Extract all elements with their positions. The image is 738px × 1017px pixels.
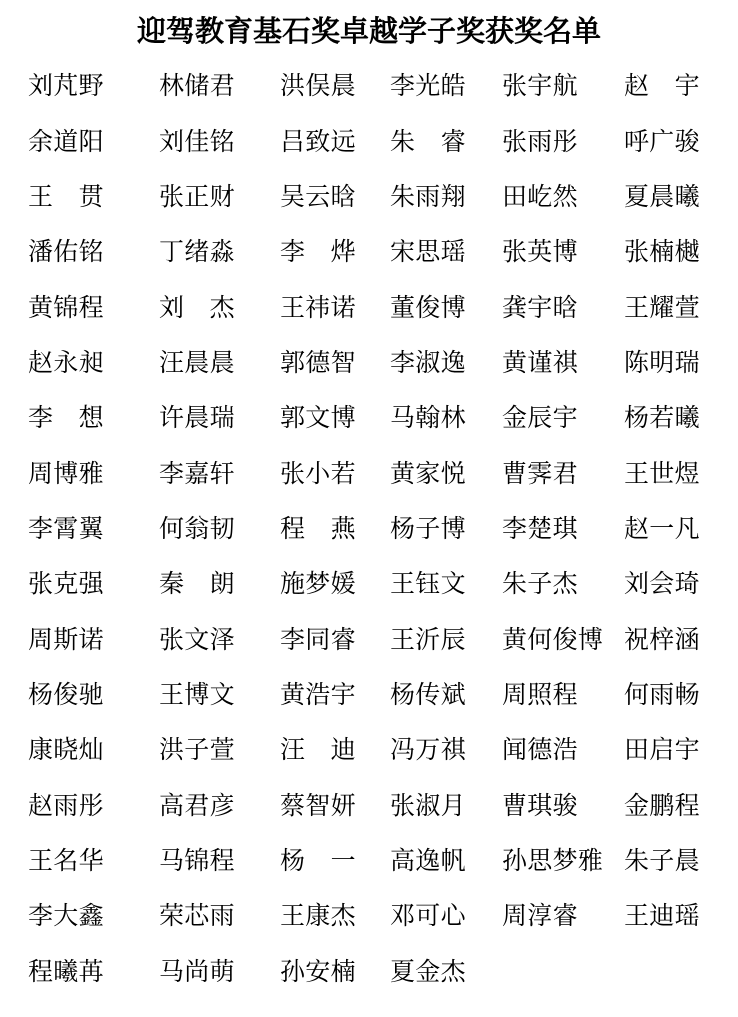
name-cell: 朱 睿 <box>390 130 502 155</box>
name-cell: 张宇航 <box>502 74 624 99</box>
name-cell: 冯万祺 <box>390 738 502 763</box>
name-cell: 黄锦程 <box>28 296 159 321</box>
name-cell: 吴云晗 <box>280 185 390 210</box>
name-cell: 曹琪骏 <box>502 794 624 819</box>
name-cell: 黄家悦 <box>390 462 502 487</box>
name-cell: 秦 朗 <box>159 572 280 597</box>
name-cell: 张雨彤 <box>502 130 624 155</box>
name-cell: 丁绪淼 <box>159 240 280 265</box>
name-cell: 陈明瑞 <box>624 351 728 376</box>
name-cell: 施梦媛 <box>280 572 390 597</box>
name-cell: 程曦苒 <box>28 960 159 985</box>
name-cell: 张淑月 <box>390 794 502 819</box>
name-cell: 周斯诺 <box>28 628 159 653</box>
name-cell: 董俊博 <box>390 296 502 321</box>
page-title: 迎驾教育基石奖卓越学子奖获奖名单 <box>0 14 738 50</box>
name-cell: 赵 宇 <box>624 74 728 99</box>
name-cell: 刘佳铭 <box>159 130 280 155</box>
name-cell: 刘会琦 <box>624 572 728 597</box>
name-cell: 刘芃野 <box>28 74 159 99</box>
name-cell: 周照程 <box>502 683 624 708</box>
name-cell: 龚宇晗 <box>502 296 624 321</box>
name-cell: 夏金杰 <box>390 960 502 985</box>
name-cell: 洪俣晨 <box>280 74 390 99</box>
name-row: 程曦苒马尚萌孙安楠夏金杰 <box>28 945 728 1000</box>
name-cell: 黄何俊博 <box>502 628 624 653</box>
name-cell: 呼广骏 <box>624 130 728 155</box>
name-cell: 曹霁君 <box>502 462 624 487</box>
name-cell: 马尚萌 <box>159 960 280 985</box>
name-cell: 马锦程 <box>159 849 280 874</box>
name-cell: 马翰林 <box>390 406 502 431</box>
name-cell: 李光皓 <box>390 74 502 99</box>
name-cell: 王钰文 <box>390 572 502 597</box>
name-cell: 王祎诺 <box>280 296 390 321</box>
name-cell: 康晓灿 <box>28 738 159 763</box>
name-cell: 王 贯 <box>28 185 159 210</box>
name-cell: 杨传斌 <box>390 683 502 708</box>
name-cell: 金辰宇 <box>502 406 624 431</box>
name-row: 余道阳刘佳铭吕致远朱 睿张雨彤呼广骏 <box>28 114 728 169</box>
name-row: 王名华马锦程杨 一高逸帆孙思梦雅朱子晨 <box>28 834 728 889</box>
name-cell: 田屹然 <box>502 185 624 210</box>
name-cell: 周博雅 <box>28 462 159 487</box>
name-cell: 朱雨翔 <box>390 185 502 210</box>
name-cell: 黄浩宇 <box>280 683 390 708</box>
name-cell: 汪晨晨 <box>159 351 280 376</box>
name-cell: 赵永昶 <box>28 351 159 376</box>
name-cell: 闻德浩 <box>502 738 624 763</box>
name-cell: 程 燕 <box>280 517 390 542</box>
name-row: 张克强秦 朗施梦媛王钰文朱子杰刘会琦 <box>28 557 728 612</box>
name-cell: 朱子晨 <box>624 849 728 874</box>
name-cell: 李大鑫 <box>28 904 159 929</box>
name-cell: 金鹏程 <box>624 794 728 819</box>
name-cell: 高君彦 <box>159 794 280 819</box>
name-cell: 邓可心 <box>390 904 502 929</box>
name-row: 杨俊驰王博文黄浩宇杨传斌周照程何雨畅 <box>28 668 728 723</box>
name-cell: 荣芯雨 <box>159 904 280 929</box>
name-cell: 潘佑铭 <box>28 240 159 265</box>
name-row: 李大鑫荣芯雨王康杰邓可心周淳睿王迪瑶 <box>28 889 728 944</box>
name-cell: 杨俊驰 <box>28 683 159 708</box>
name-cell: 李 烨 <box>280 240 390 265</box>
name-cell: 高逸帆 <box>390 849 502 874</box>
name-cell: 李楚琪 <box>502 517 624 542</box>
name-cell: 李同睿 <box>280 628 390 653</box>
name-cell: 张英博 <box>502 240 624 265</box>
name-cell: 田启宇 <box>624 738 728 763</box>
name-cell: 夏晨曦 <box>624 185 728 210</box>
name-row: 黄锦程刘 杰王祎诺董俊博龚宇晗王耀萱 <box>28 280 728 335</box>
name-cell: 张文泽 <box>159 628 280 653</box>
name-cell: 蔡智妍 <box>280 794 390 819</box>
name-cell: 吕致远 <box>280 130 390 155</box>
name-cell: 周淳睿 <box>502 904 624 929</box>
name-row: 赵永昶汪晨晨郭德智李淑逸黄谨祺陈明瑞 <box>28 336 728 391</box>
name-cell: 宋思瑶 <box>390 240 502 265</box>
name-cell: 许晨瑞 <box>159 406 280 431</box>
name-cell: 何翁韧 <box>159 517 280 542</box>
name-cell: 张小若 <box>280 462 390 487</box>
name-cell: 郭德智 <box>280 351 390 376</box>
name-cell: 王迪瑶 <box>624 904 728 929</box>
name-row: 李霄翼何翁韧程 燕杨子博李楚琪赵一凡 <box>28 502 728 557</box>
name-cell: 何雨畅 <box>624 683 728 708</box>
name-cell: 余道阳 <box>28 130 159 155</box>
name-cell: 张正财 <box>159 185 280 210</box>
name-row: 周博雅李嘉轩张小若黄家悦曹霁君王世煜 <box>28 446 728 501</box>
name-list: 刘芃野林储君洪俣晨李光皓张宇航赵 宇余道阳刘佳铭吕致远朱 睿张雨彤呼广骏王 贯张… <box>0 59 738 1000</box>
name-cell: 王沂辰 <box>390 628 502 653</box>
name-row: 王 贯张正财吴云晗朱雨翔田屹然夏晨曦 <box>28 170 728 225</box>
name-cell: 黄谨祺 <box>502 351 624 376</box>
name-cell: 李淑逸 <box>390 351 502 376</box>
name-cell: 李霄翼 <box>28 517 159 542</box>
name-cell: 汪 迪 <box>280 738 390 763</box>
name-row: 周斯诺张文泽李同睿王沂辰黄何俊博祝梓涵 <box>28 612 728 667</box>
name-cell: 王耀萱 <box>624 296 728 321</box>
name-row: 康晓灿洪子萱汪 迪冯万祺闻德浩田启宇 <box>28 723 728 778</box>
name-cell: 杨子博 <box>390 517 502 542</box>
name-cell: 王博文 <box>159 683 280 708</box>
name-cell: 孙思梦雅 <box>502 849 624 874</box>
name-row: 潘佑铭丁绪淼李 烨宋思瑶张英博张楠樾 <box>28 225 728 280</box>
name-cell: 祝梓涵 <box>624 628 728 653</box>
name-cell: 杨若曦 <box>624 406 728 431</box>
name-cell: 李嘉轩 <box>159 462 280 487</box>
name-cell: 赵雨彤 <box>28 794 159 819</box>
name-cell: 王康杰 <box>280 904 390 929</box>
name-cell: 王世煜 <box>624 462 728 487</box>
name-cell: 朱子杰 <box>502 572 624 597</box>
name-cell: 杨 一 <box>280 849 390 874</box>
name-cell: 王名华 <box>28 849 159 874</box>
name-cell: 刘 杰 <box>159 296 280 321</box>
name-cell: 李 想 <box>28 406 159 431</box>
name-row: 赵雨彤高君彦蔡智妍张淑月曹琪骏金鹏程 <box>28 778 728 833</box>
name-cell: 张楠樾 <box>624 240 728 265</box>
name-cell: 张克强 <box>28 572 159 597</box>
name-cell: 赵一凡 <box>624 517 728 542</box>
name-row: 刘芃野林储君洪俣晨李光皓张宇航赵 宇 <box>28 59 728 114</box>
name-cell: 郭文博 <box>280 406 390 431</box>
name-cell: 孙安楠 <box>280 960 390 985</box>
name-row: 李 想许晨瑞郭文博马翰林金辰宇杨若曦 <box>28 391 728 446</box>
name-cell: 林储君 <box>159 74 280 99</box>
document-page: 迎驾教育基石奖卓越学子奖获奖名单 刘芃野林储君洪俣晨李光皓张宇航赵 宇余道阳刘佳… <box>0 0 738 1017</box>
name-cell: 洪子萱 <box>159 738 280 763</box>
